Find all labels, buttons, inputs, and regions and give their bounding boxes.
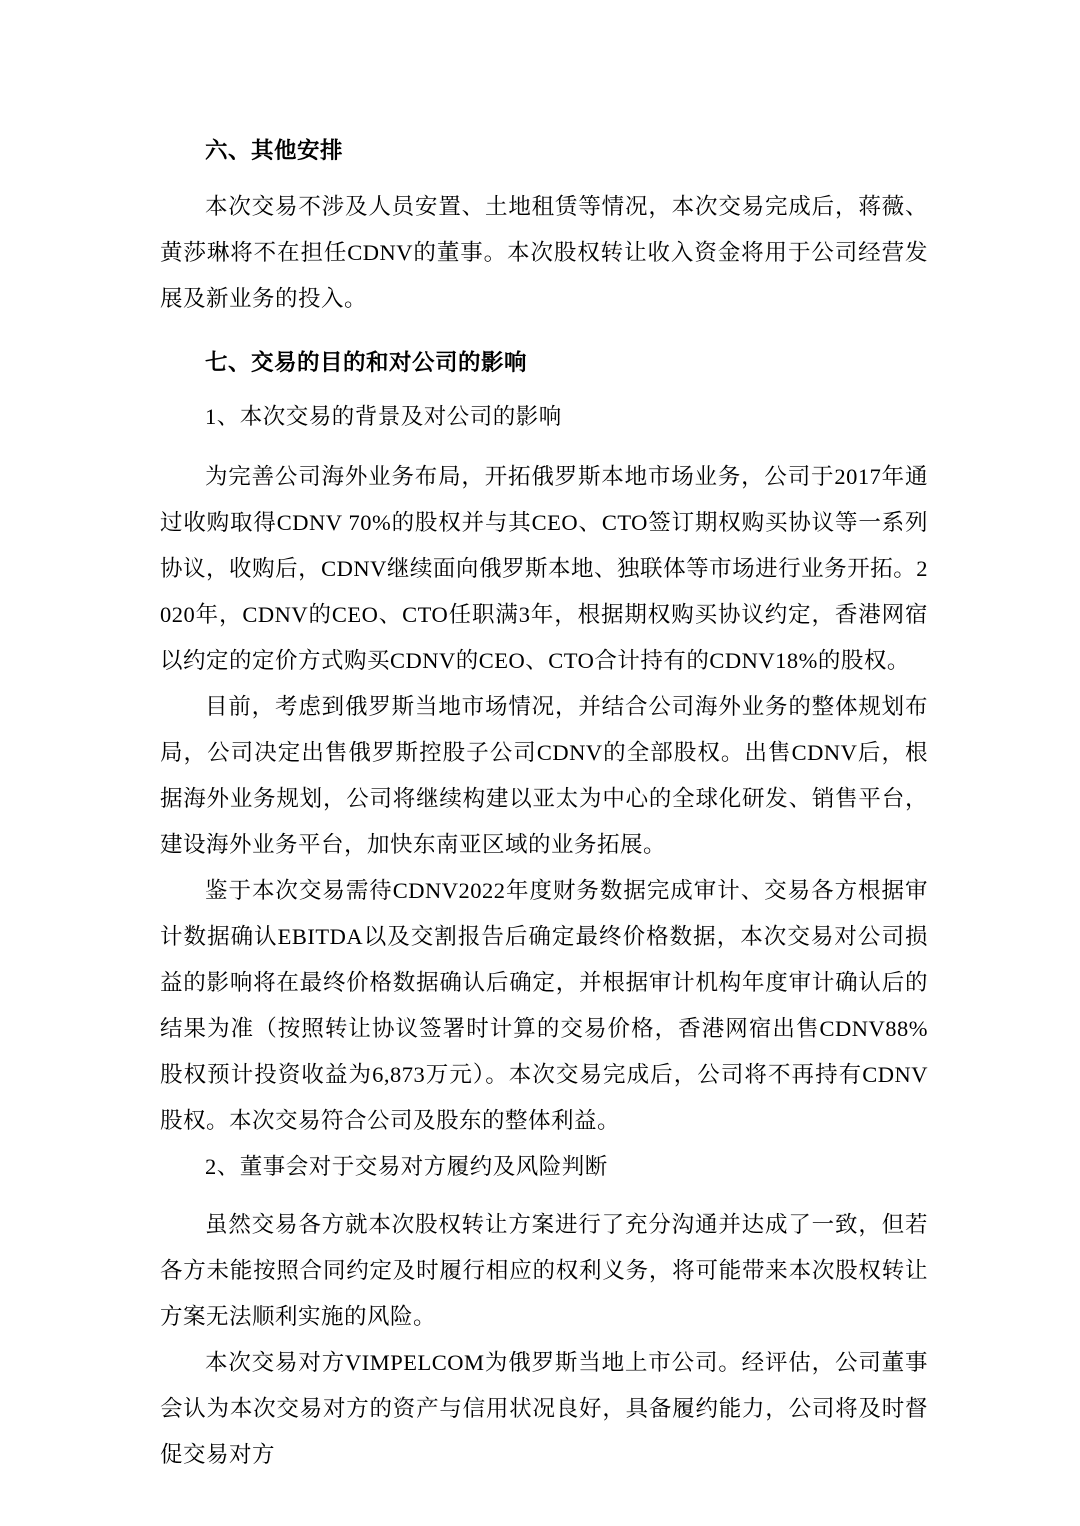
para-background-acquisition: 为完善公司海外业务布局，开拓俄罗斯本地市场业务，公司于2017年通过收购取得CD… (160, 454, 928, 684)
para-sale-decision: 目前，考虑到俄罗斯当地市场情况，并结合公司海外业务的整体规划布局，公司决定出售俄… (160, 684, 928, 868)
document-page: 六、其他安排 本次交易不涉及人员安置、土地租赁等情况，本次交易完成后，蒋薇、黄莎… (0, 0, 1080, 1526)
para-other-arrangements: 本次交易不涉及人员安置、土地租赁等情况，本次交易完成后，蒋薇、黄莎琳将不在担任C… (160, 184, 928, 322)
subheading-background-and-impact: 1、本次交易的背景及对公司的影响 (160, 394, 928, 440)
heading-other-arrangements: 六、其他安排 (160, 128, 928, 174)
para-counterparty-assessment: 本次交易对方VIMPELCOM为俄罗斯当地上市公司。经评估，公司董事会认为本次交… (160, 1340, 928, 1478)
heading-purpose-and-impact: 七、交易的目的和对公司的影响 (160, 340, 928, 386)
subheading-counterparty-risk: 2、董事会对于交易对方履约及风险判断 (160, 1144, 928, 1190)
para-audit-and-gain: 鉴于本次交易需待CDNV2022年度财务数据完成审计、交易各方根据审计数据确认E… (160, 868, 928, 1144)
para-performance-risk: 虽然交易各方就本次股权转让方案进行了充分沟通并达成了一致，但若各方未能按照合同约… (160, 1202, 928, 1340)
